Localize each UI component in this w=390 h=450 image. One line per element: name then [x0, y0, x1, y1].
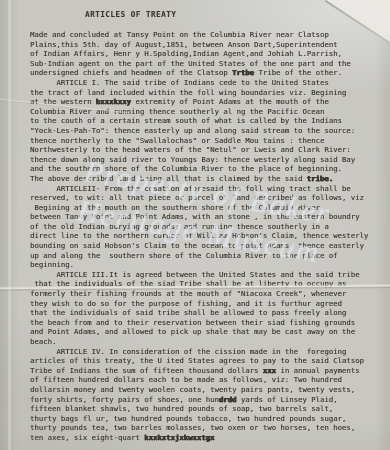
text-segment: thence northerly to the "Swallalochas" o…	[30, 136, 324, 145]
text-line: up and along the southern shore of the C…	[30, 251, 382, 261]
text-line: thurty pounds tea, two barrles molasses,…	[30, 423, 382, 433]
text-line: beginning.	[30, 260, 382, 270]
text-segment: ARTICLE III.It is agreed between the Uni…	[30, 270, 359, 279]
document-body: ARTICLES OF TREATY Made and concluded at…	[0, 0, 390, 443]
text-segment: Tribe of the other.	[254, 68, 342, 77]
paragraph-article-3: ARTICLE III.It is agreed between the Uni…	[30, 270, 382, 347]
text-segment: reserved, to wit: all that piece or parc…	[30, 193, 364, 202]
text-segment: extremity of Point Adams at the mouth of…	[131, 97, 329, 106]
text-segment: they wish to do so for the purpose of fi…	[30, 299, 342, 308]
overstruck-text: kxxkxtxjxkwxxtgx	[144, 433, 214, 442]
text-line: forty shirts, forty pairs of shoes, one …	[30, 395, 382, 405]
text-segment: ten axes, six eight-quart	[30, 433, 144, 442]
text-line: they wish to do so for the purpose of fi…	[30, 299, 382, 309]
text-segment: and Point Adams, and allowed to pick up …	[30, 327, 355, 336]
text-line: between Tansy Point and Point Adams, wit…	[30, 212, 382, 222]
text-line: reserved, to wit: all that piece or parc…	[30, 193, 382, 203]
text-line: thence down along said river to Youngs B…	[30, 155, 382, 165]
text-segment: that the individuals of said tribe shall…	[30, 308, 346, 317]
text-line: of the old Indian burying grounds: and r…	[30, 222, 382, 232]
text-line: Northwesterly to the head waters of the …	[30, 145, 382, 155]
text-segment: in annual payments	[276, 366, 359, 375]
text-line: ARTICLE III.It is agreed between the Uni…	[30, 270, 382, 280]
text-segment: fifteen blanket shawls, two hundred poun…	[30, 404, 333, 413]
text-segment: undersigned chiefs and headmen of the Cl…	[30, 68, 232, 77]
text-segment: ARTICLE I. The said tribe of Indians ced…	[30, 78, 329, 87]
text-segment: thurty bags fl ur, two hundred pounds to…	[30, 414, 346, 423]
paragraph-preamble: Made and concluded at Tansy Point on the…	[30, 30, 382, 78]
text-segment: formerly their fishing frounds at the mo…	[30, 289, 346, 298]
text-segment: thurty pounds tea, two barrles molasses,…	[30, 423, 355, 432]
treaty-document-scan: ARTICLES OF TREATY Made and concluded at…	[0, 0, 390, 450]
text-line: fifteen blanket shawls, two hundred poun…	[30, 404, 382, 414]
text-line: that the individuals of said tribe shall…	[30, 308, 382, 318]
text-line: ARTICLE IV. In consideration of the ciss…	[30, 347, 382, 357]
text-segment: up and along the southern shore of the C…	[30, 251, 338, 260]
text-line: ARTICLEII- From the cesation aforesaid t…	[30, 184, 382, 194]
text-segment: Sub-Indian agent on the part of the Unit…	[30, 59, 351, 68]
overstruck-text: drdd	[219, 395, 237, 404]
text-segment: of fifteen hundred dollars each to be ma…	[30, 375, 342, 384]
text-line: the beach from and to their reservation …	[30, 318, 382, 328]
overstruck-text: tribe.	[307, 174, 333, 183]
paragraph-article-2: ARTICLEII- From the cesation aforesaid t…	[30, 184, 382, 270]
paragraphs-container: Made and concluded at Tansy Point on the…	[30, 30, 382, 443]
text-line: of Indian Affairs, Henr y H.Spalding,Ind…	[30, 49, 382, 59]
paragraph-article-4: ARTICLE IV. In consideration of the ciss…	[30, 347, 382, 443]
text-line: beach.	[30, 337, 382, 347]
text-line: ARTICLE I. The said tribe of Indians ced…	[30, 78, 382, 88]
text-segment: of the old Indian burying grounds: and r…	[30, 222, 329, 231]
text-segment: Plains,this 5th. day of August,1851, bet…	[30, 40, 338, 49]
text-line: thence northerly to the "Swallalochas" o…	[30, 136, 382, 146]
text-line: dollarsin money and twenty woolen coats,…	[30, 385, 382, 395]
text-line: Sub-Indian agent on the part of the Unit…	[30, 59, 382, 69]
overstruck-text: bxxxkxxy	[96, 97, 131, 106]
text-line: bounding on said Hobson's Claim to the o…	[30, 241, 382, 251]
text-line: Begining at the mouth on the southern sh…	[30, 203, 382, 213]
text-segment: the tract of land included within the fo…	[30, 88, 346, 97]
text-line: and the southern shore of the Columbia R…	[30, 164, 382, 174]
text-segment: Made and concluded at Tansy Point on the…	[30, 30, 329, 39]
text-line: to the couth of a certain stream south o…	[30, 116, 382, 126]
text-segment: Columbia River and running thence southe…	[30, 107, 324, 116]
text-line: direct line to the northern corner of Wi…	[30, 231, 382, 241]
text-segment: that the individuals of the siad Tribe s…	[30, 279, 346, 288]
text-segment: ARTICLE IV. In consideration of the ciss…	[30, 347, 346, 356]
text-segment: Northwesterly to the head waters of the …	[30, 145, 351, 154]
text-segment: "Yock-Les-Pah-To": thence easterly up an…	[30, 126, 355, 135]
text-line: articles of this treaty, the U ited Stat…	[30, 356, 382, 366]
overstruck-text: Trtbe	[232, 68, 254, 77]
text-segment: between Tansy Point and Point Adams, wit…	[30, 212, 359, 221]
text-segment: Tribe of Indians the sum of fifteen thou…	[30, 366, 263, 375]
text-segment: beginning.	[30, 260, 74, 269]
text-line: Made and concluded at Tansy Point on the…	[30, 30, 382, 40]
text-segment: yards of Linsey Plaid,	[236, 395, 337, 404]
text-segment: dollarsin money and twenty woolen coats,…	[30, 385, 355, 394]
text-segment: ARTICLEII- From the cesation aforesaid t…	[30, 184, 351, 193]
text-segment: bounding on said Hobson's Claim to the o…	[30, 241, 364, 250]
text-line: Plains,this 5th. day of August,1851, bet…	[30, 40, 382, 50]
text-line: Columbia River and running thence southe…	[30, 107, 382, 117]
text-segment: at the western	[30, 97, 96, 106]
text-segment: to the couth of a certain stream south o…	[30, 116, 342, 125]
text-segment: thence down along said river to Youngs B…	[30, 155, 355, 164]
text-segment: and the southern shore of the Columbia R…	[30, 164, 342, 173]
text-segment: of Indian Affairs, Henr y H.Spalding,Ind…	[30, 49, 342, 58]
document-title: ARTICLES OF TREATY	[85, 10, 382, 19]
overstruck-text: xxx	[263, 366, 276, 375]
text-segment: Begining at the mouth on the southern sh…	[30, 203, 320, 212]
text-segment: forty shirts, forty pairs of shoes, one …	[30, 395, 219, 404]
paragraph-article-1: ARTICLE I. The said tribe of Indians ced…	[30, 78, 382, 184]
text-segment: the beach from and to their reservation …	[30, 318, 355, 327]
text-line: that the individuals of the siad Tribe s…	[30, 279, 382, 289]
text-segment: articles of this treaty, the U ited Stat…	[30, 356, 364, 365]
text-line: at the western bxxxkxxy extremity of Poi…	[30, 97, 382, 107]
text-line: thurty bags fl ur, two hundred pounds to…	[30, 414, 382, 424]
text-line: of fifteen hundred dollars each to be ma…	[30, 375, 382, 385]
text-line: Tribe of Indians the sum of fifteen thou…	[30, 366, 382, 376]
text-line: formerly their fishing frounds at the mo…	[30, 289, 382, 299]
text-segment: beach.	[30, 337, 56, 346]
text-line: The above described land being all that …	[30, 174, 382, 184]
text-line: ten axes, six eight-quart kxxkxtxjxkwxxt…	[30, 433, 382, 443]
text-line: the tract of land included within the fo…	[30, 88, 382, 98]
text-line: and Point Adams, and allowed to pick up …	[30, 327, 382, 337]
text-segment: direct line to the northern corner of Wi…	[30, 231, 368, 240]
text-line: "Yock-Les-Pah-To": thence easterly up an…	[30, 126, 382, 136]
text-line: undersigned chiefs and headmen of the Cl…	[30, 68, 382, 78]
text-segment: The above described land being all that …	[30, 174, 307, 183]
